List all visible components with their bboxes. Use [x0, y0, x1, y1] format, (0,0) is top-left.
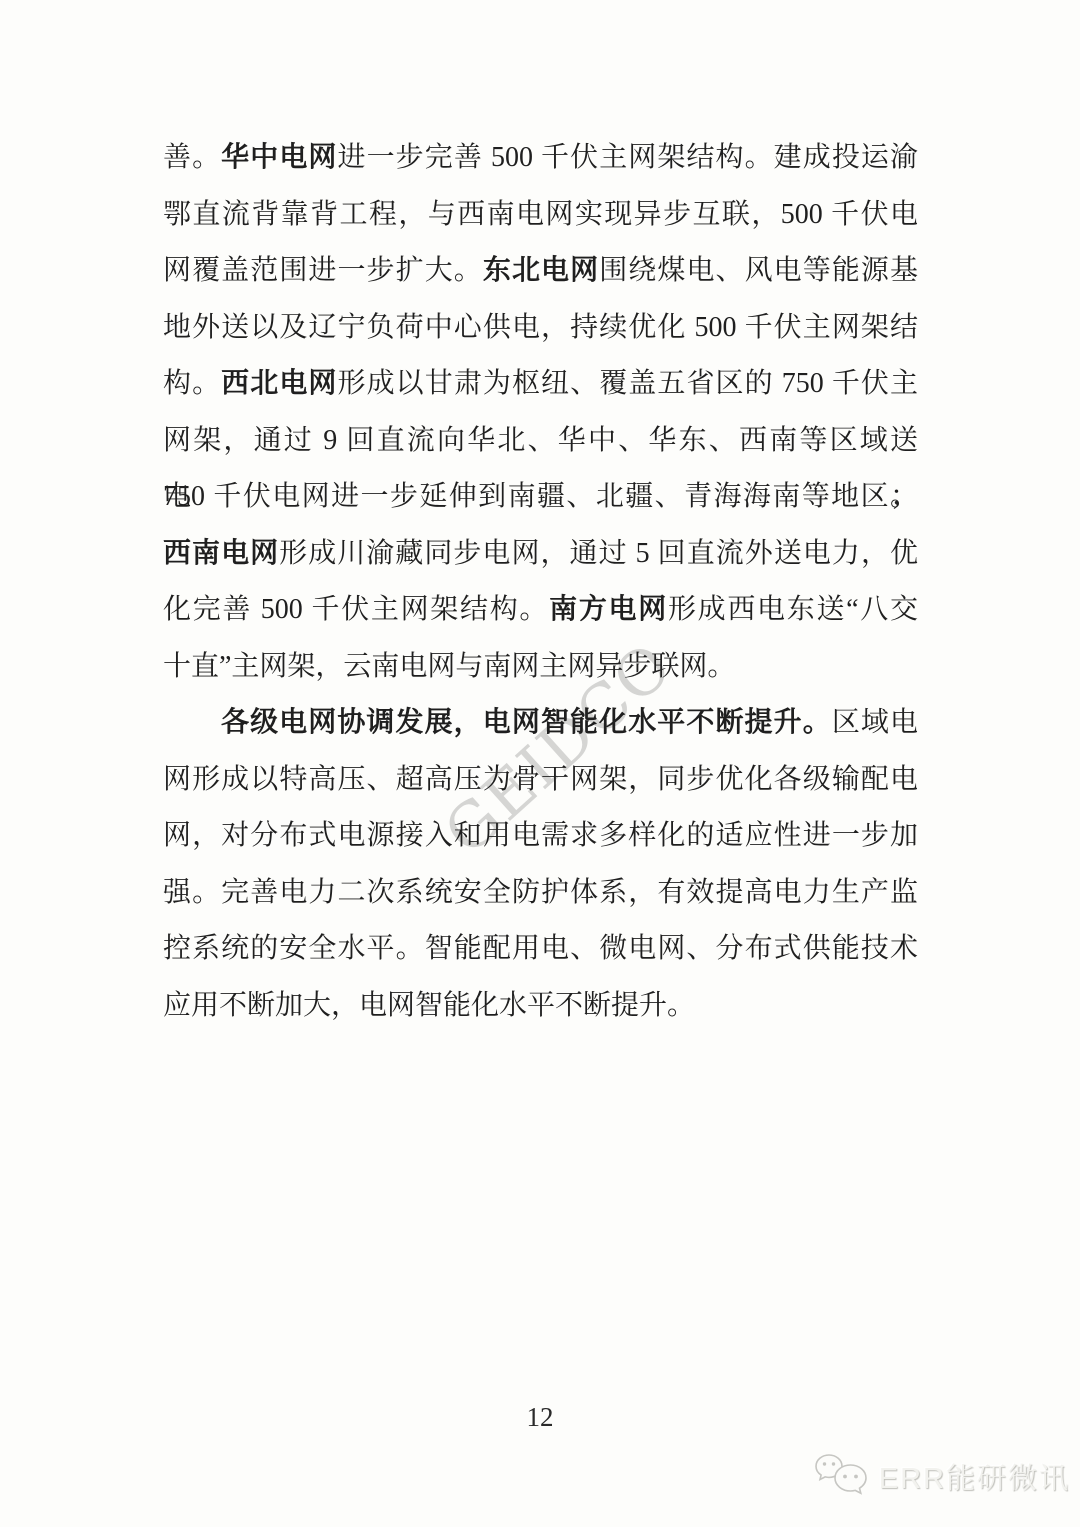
bold-text-segment: 南方电网	[549, 594, 668, 625]
brand-watermark: ERR能研微讯	[812, 1452, 1070, 1500]
text-segment: 控系统的安全水平。智能配用电、微电网、分布式供能技术	[163, 933, 918, 964]
text-segment: 形成川渝藏同步电网，通过 5 回直流外送电力，优	[279, 538, 918, 569]
text-line: 控系统的安全水平。智能配用电、微电网、分布式供能技术	[163, 921, 918, 978]
text-line: 西南电网形成川渝藏同步电网，通过 5 回直流外送电力，优	[163, 526, 918, 583]
bold-text-segment: 西南电网	[163, 538, 279, 569]
text-segment: 鄂直流背靠背工程，与西南电网实现异步互联，500 千伏电	[163, 199, 918, 230]
text-segment: 围绕煤电、风电等能源基	[599, 255, 918, 286]
text-segment: 网，对分布式电源接入和用电需求多样化的适应性进一步加	[163, 820, 918, 851]
text-line: 网架，通过 9 回直流向华北、华中、华东、西南等区域送电；	[163, 413, 918, 470]
text-line: 化完善 500 千伏主网架结构。南方电网形成西电东送“八交	[163, 582, 918, 639]
document-text: 善。华中电网进一步完善 500 千伏主网架结构。建成投运渝鄂直流背靠背工程，与西…	[163, 130, 918, 1034]
text-segment: 地外送以及辽宁负荷中心供电，持续优化 500 千伏主网架结	[163, 312, 918, 343]
text-segment: 应用不断加大，电网智能化水平不断提升。	[163, 990, 695, 1021]
text-line: 各级电网协调发展，电网智能化水平不断提升。区域电	[163, 695, 918, 752]
text-line: 地外送以及辽宁负荷中心供电，持续优化 500 千伏主网架结	[163, 300, 918, 357]
bold-text-segment: 西北电网	[221, 368, 337, 399]
text-segment: 网覆盖范围进一步扩大。	[163, 255, 483, 286]
text-segment: 形成西电东送“八交	[668, 594, 918, 625]
text-segment: 进一步完善 500 千伏主网架结构。建成投运渝	[338, 142, 919, 173]
text-line: 网覆盖范围进一步扩大。东北电网围绕煤电、风电等能源基	[163, 243, 918, 300]
document-page: GEIDCO 善。华中电网进一步完善 500 千伏主网架结构。建成投运渝鄂直流背…	[0, 0, 1080, 1527]
text-segment: 750 千伏电网进一步延伸到南疆、北疆、青海海南等地区。	[163, 481, 918, 512]
text-line: 网，对分布式电源接入和用电需求多样化的适应性进一步加	[163, 808, 918, 865]
text-line: 应用不断加大，电网智能化水平不断提升。	[163, 978, 918, 1035]
text-segment: 善。	[163, 142, 221, 173]
text-line: 鄂直流背靠背工程，与西南电网实现异步互联，500 千伏电	[163, 187, 918, 244]
text-segment: 十直”主网架，云南电网与南网主网异步联网。	[163, 651, 735, 682]
bold-text-segment: 华中电网	[221, 142, 337, 173]
text-segment: 化完善 500 千伏主网架结构。	[163, 594, 549, 625]
text-line: 强。完善电力二次系统安全防护体系，有效提高电力生产监	[163, 865, 918, 922]
text-segment: 构。	[163, 368, 221, 399]
text-line: 网形成以特高压、超高压为骨干网架，同步优化各级输配电	[163, 752, 918, 809]
bold-text-segment: 东北电网	[483, 255, 599, 286]
text-line: 十直”主网架，云南电网与南网主网异步联网。	[163, 639, 918, 696]
text-segment: 形成以甘肃为枢纽、覆盖五省区的 750 千伏主	[338, 368, 919, 399]
text-line: 构。西北电网形成以甘肃为枢纽、覆盖五省区的 750 千伏主	[163, 356, 918, 413]
text-segment: 区域电	[832, 707, 918, 738]
text-segment: 网形成以特高压、超高压为骨干网架，同步优化各级输配电	[163, 764, 918, 795]
text-line: 750 千伏电网进一步延伸到南疆、北疆、青海海南等地区。	[163, 469, 918, 526]
text-segment: 强。完善电力二次系统安全防护体系，有效提高电力生产监	[163, 877, 918, 908]
wechat-icon	[812, 1452, 874, 1500]
text-line: 善。华中电网进一步完善 500 千伏主网架结构。建成投运渝	[163, 130, 918, 187]
brand-watermark-label: ERR能研微讯	[879, 1456, 1070, 1497]
page-number: 12	[0, 1402, 1080, 1433]
bold-text-segment: 各级电网协调发展，电网智能化水平不断提升。	[221, 707, 832, 738]
